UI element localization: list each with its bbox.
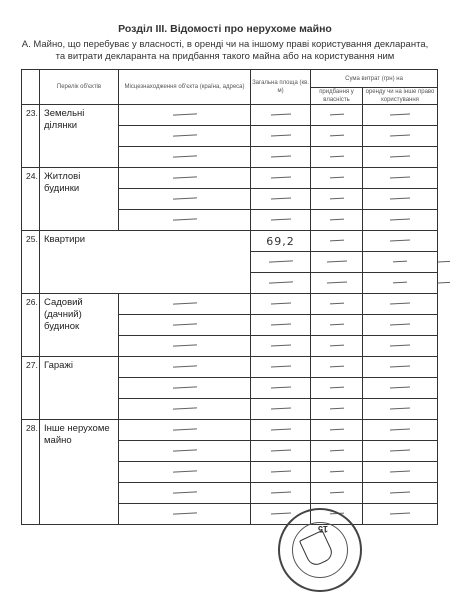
handwritten-dash (172, 429, 196, 431)
table-row: 28.Інше нерухоме майно (22, 420, 438, 441)
handwritten-dash (329, 387, 343, 389)
handwritten-dash (270, 324, 290, 326)
cell-purchase (311, 336, 363, 357)
handwritten-dash (270, 303, 290, 305)
handwritten-dash (390, 387, 410, 389)
cell-purchase (311, 189, 363, 210)
real-estate-table: Перелік об'єктів Місцезнаходження об'єкт… (21, 69, 438, 525)
object-type: Квартири (40, 231, 251, 294)
handwritten-dash (393, 261, 407, 263)
cell-rent (363, 483, 438, 504)
handwritten-dash (172, 513, 196, 515)
handwritten-dash (326, 282, 346, 284)
cell-purchase (311, 315, 363, 336)
cell-rent (363, 231, 438, 252)
cell-purchase (363, 273, 438, 294)
cell-location (119, 147, 251, 168)
cell-area (251, 315, 311, 336)
handwritten-dash (270, 387, 290, 389)
handwritten-dash (329, 156, 343, 158)
cell-location (119, 315, 251, 336)
table-row: 24.Житлові будинки (22, 168, 438, 189)
handwritten-dash (329, 303, 343, 305)
handwritten-dash (270, 513, 290, 515)
cell-location (119, 504, 251, 525)
cell-location (119, 336, 251, 357)
handwritten-dash (390, 450, 410, 452)
cell-area (251, 189, 311, 210)
handwritten-dash (172, 135, 196, 137)
handwritten-dash (172, 471, 196, 473)
handwritten-dash (329, 219, 343, 221)
cell-rent (363, 504, 438, 525)
cell-purchase (311, 441, 363, 462)
handwritten-dash (270, 345, 290, 347)
row-number: 25. (22, 231, 40, 294)
cell-rent (363, 210, 438, 231)
row-number: 24. (22, 168, 40, 231)
cell-rent (363, 357, 438, 378)
cell-purchase (311, 294, 363, 315)
handwritten-dash (390, 219, 410, 221)
handwritten-dash (390, 471, 410, 473)
handwritten-dash (270, 408, 290, 410)
handwritten-dash (270, 156, 290, 158)
handwritten-dash (172, 492, 196, 494)
handwritten-dash (329, 114, 343, 116)
cell-purchase (311, 357, 363, 378)
cell-rent (363, 378, 438, 399)
header-location: Місцезнаходження об'єкта (країна, адреса… (119, 70, 251, 105)
handwritten-dash (172, 114, 196, 116)
handwritten-dash (172, 408, 196, 410)
table-row: 23.Земельні ділянки (22, 105, 438, 126)
header-purchase: придбання у власність (311, 88, 363, 105)
handwritten-dash (270, 177, 290, 179)
section-subtitle: А. Майно, що перебуває у власності, в ор… (20, 39, 430, 63)
table-row: 26.Садовий (дачний) будинок (22, 294, 438, 315)
object-type: Інше нерухоме майно (40, 420, 119, 525)
handwritten-dash (270, 114, 290, 116)
cell-location (119, 126, 251, 147)
row-number: 27. (22, 357, 40, 420)
row-number: 26. (22, 294, 40, 357)
cell-rent (363, 336, 438, 357)
object-type: Земельні ділянки (40, 105, 119, 168)
handwritten-dash (270, 135, 290, 137)
handwritten-dash (390, 429, 410, 431)
cell-purchase (311, 168, 363, 189)
cell-rent (363, 168, 438, 189)
section-title: Розділ ІІІ. Відомості про нерухоме майно (0, 23, 450, 35)
handwritten-dash (172, 177, 196, 179)
handwritten-dash (172, 303, 196, 305)
cell-area (251, 210, 311, 231)
cell-area (251, 168, 311, 189)
cell-purchase (311, 462, 363, 483)
cell-area (311, 252, 363, 273)
cell-area (251, 483, 311, 504)
cell-location (119, 168, 251, 189)
cell-rent (363, 399, 438, 420)
cell-area (251, 378, 311, 399)
cell-area (251, 147, 311, 168)
header-object-list: Перелік об'єктів (40, 70, 119, 105)
handwritten-dash (329, 324, 343, 326)
handwritten-dash (172, 387, 196, 389)
handwritten-dash (172, 450, 196, 452)
handwritten-dash (172, 345, 196, 347)
handwritten-dash (268, 261, 292, 263)
cell-location (119, 399, 251, 420)
cell-location (119, 294, 251, 315)
handwritten-dash (172, 219, 196, 221)
cell-area (251, 462, 311, 483)
cell-rent (363, 105, 438, 126)
cell-purchase (311, 105, 363, 126)
cell-purchase (311, 420, 363, 441)
handwritten-dash (326, 261, 346, 263)
cell-rent (363, 462, 438, 483)
cell-location (119, 420, 251, 441)
cell-location (119, 441, 251, 462)
cell-purchase (311, 126, 363, 147)
cell-area (251, 336, 311, 357)
handwritten-dash (393, 282, 407, 284)
official-stamp: 15 (278, 508, 362, 592)
cell-location (119, 105, 251, 126)
handwritten-dash (172, 366, 196, 368)
cell-area (251, 420, 311, 441)
object-type: Гаражі (40, 357, 119, 420)
handwritten-dash (329, 366, 343, 368)
handwritten-dash (270, 198, 290, 200)
cell-location (119, 189, 251, 210)
subtitle-line-1: А. Майно, що перебуває у власності, в ор… (20, 39, 430, 51)
handwritten-dash (329, 240, 343, 242)
handwritten-dash (329, 198, 343, 200)
object-type: Житлові будинки (40, 168, 119, 231)
cell-area (251, 441, 311, 462)
handwritten-dash (270, 366, 290, 368)
handwritten-dash (390, 114, 410, 116)
handwritten-dash (390, 135, 410, 137)
cell-rent (363, 315, 438, 336)
handwritten-value: 69,2 (266, 235, 295, 248)
handwritten-dash (390, 240, 410, 242)
cell-area (251, 357, 311, 378)
cell-area (251, 105, 311, 126)
cell-location (251, 252, 311, 273)
handwritten-dash (390, 492, 410, 494)
cell-location (119, 483, 251, 504)
handwritten-dash (438, 261, 450, 263)
handwritten-dash (390, 198, 410, 200)
cell-area (251, 126, 311, 147)
handwritten-dash (270, 450, 290, 452)
cell-rent (363, 294, 438, 315)
handwritten-dash (329, 450, 343, 452)
row-number: 28. (22, 420, 40, 525)
cell-rent (363, 441, 438, 462)
handwritten-dash (390, 303, 410, 305)
handwritten-dash (390, 345, 410, 347)
handwritten-dash (270, 429, 290, 431)
table-row: 25.Квартири69,2 (22, 231, 438, 252)
header-area: Загальна площа (кв. м) (251, 70, 311, 105)
handwritten-dash (270, 219, 290, 221)
cell-purchase (311, 399, 363, 420)
cell-purchase (311, 378, 363, 399)
handwritten-dash (329, 345, 343, 347)
cell-area (311, 273, 363, 294)
handwritten-dash (390, 324, 410, 326)
handwritten-dash (172, 324, 196, 326)
cell-location (251, 273, 311, 294)
handwritten-dash (329, 471, 343, 473)
cell-rent (363, 189, 438, 210)
cell-area (251, 294, 311, 315)
cell-purchase (311, 210, 363, 231)
handwritten-dash (270, 471, 290, 473)
cell-purchase (311, 231, 363, 252)
header-number (22, 70, 40, 105)
cell-rent (363, 147, 438, 168)
cell-rent (363, 420, 438, 441)
handwritten-dash (390, 513, 410, 515)
handwritten-dash (438, 282, 450, 284)
stamp-number: 15 (318, 524, 328, 534)
handwritten-dash (329, 492, 343, 494)
handwritten-dash (329, 177, 343, 179)
cell-rent (363, 126, 438, 147)
object-type: Садовий (дачний) будинок (40, 294, 119, 357)
cell-purchase (311, 483, 363, 504)
handwritten-dash (390, 408, 410, 410)
handwritten-dash (329, 429, 343, 431)
handwritten-dash (270, 492, 290, 494)
cell-location (119, 462, 251, 483)
handwritten-dash (172, 156, 196, 158)
handwritten-dash (329, 408, 343, 410)
cell-purchase (311, 147, 363, 168)
cell-area: 69,2 (251, 231, 311, 252)
handwritten-dash (390, 366, 410, 368)
handwritten-dash (390, 156, 410, 158)
table-row: 27.Гаражі (22, 357, 438, 378)
cell-location (119, 210, 251, 231)
cell-location (119, 378, 251, 399)
subtitle-line-2: та витрати декларанта на придбання таког… (20, 51, 430, 63)
cell-location (119, 357, 251, 378)
handwritten-dash (390, 177, 410, 179)
cell-area (251, 399, 311, 420)
row-number: 23. (22, 105, 40, 168)
handwritten-dash (172, 198, 196, 200)
header-rent: оренду чи на інше право користування (363, 88, 438, 105)
cell-purchase (363, 252, 438, 273)
handwritten-dash (268, 282, 292, 284)
handwritten-dash (329, 135, 343, 137)
header-expenses: Сума витрат (грн) на (311, 70, 438, 88)
